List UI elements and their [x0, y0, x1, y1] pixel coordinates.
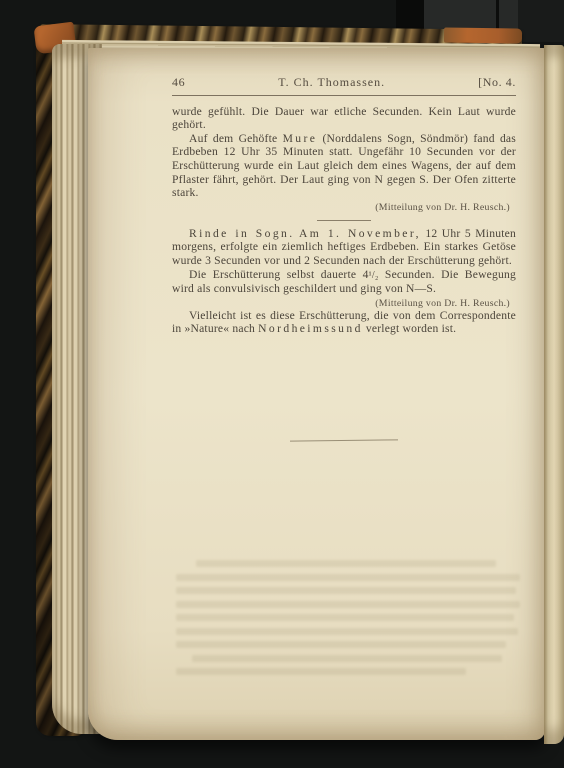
ghost-line	[196, 560, 496, 567]
ghost-line	[176, 628, 518, 635]
paragraph-continuation: wurde gefühlt. Die Dauer war etliche Sec…	[172, 105, 516, 132]
ghost-line	[176, 587, 516, 594]
section-divider	[317, 220, 371, 221]
paragraph-duration: Die Erschütterung selbst dauerte 4¹/₂ Se…	[172, 268, 516, 296]
leather-corner-right	[444, 27, 522, 43]
attribution-note: (Mitteilung von Dr. H. Reusch.)	[172, 202, 516, 213]
page-content: 46 T. Ch. Thomassen. [No. 4. wurde gefüh…	[172, 76, 516, 441]
running-title: T. Ch. Thomassen.	[278, 76, 385, 90]
ghost-line	[176, 614, 514, 621]
paragraph-mure: Auf dem Gehöfte Mure (Norddalens Sogn, S…	[172, 132, 516, 200]
ghost-line	[176, 574, 520, 581]
ghost-line	[176, 601, 520, 608]
page-header: 46 T. Ch. Thomassen. [No. 4.	[172, 76, 516, 96]
ghost-line	[192, 655, 502, 662]
ghost-line	[176, 668, 466, 675]
show-through-text	[176, 560, 522, 682]
ghost-line	[176, 641, 506, 648]
issue-number: [No. 4.	[478, 76, 516, 90]
paragraph-vielleicht: Vielleicht ist es diese Erschütterung, d…	[172, 309, 516, 336]
page-fold-right	[544, 45, 564, 744]
book-photo: 46 T. Ch. Thomassen. [No. 4. wurde gefüh…	[0, 0, 564, 768]
attribution-note: (Mitteilung von Dr. H. Reusch.)	[172, 298, 516, 309]
page-number: 46	[172, 76, 185, 90]
paragraph-rinde: Rinde in Sogn. Am 1. November, 12 Uhr 5 …	[172, 227, 516, 268]
background-corner	[518, 0, 564, 42]
